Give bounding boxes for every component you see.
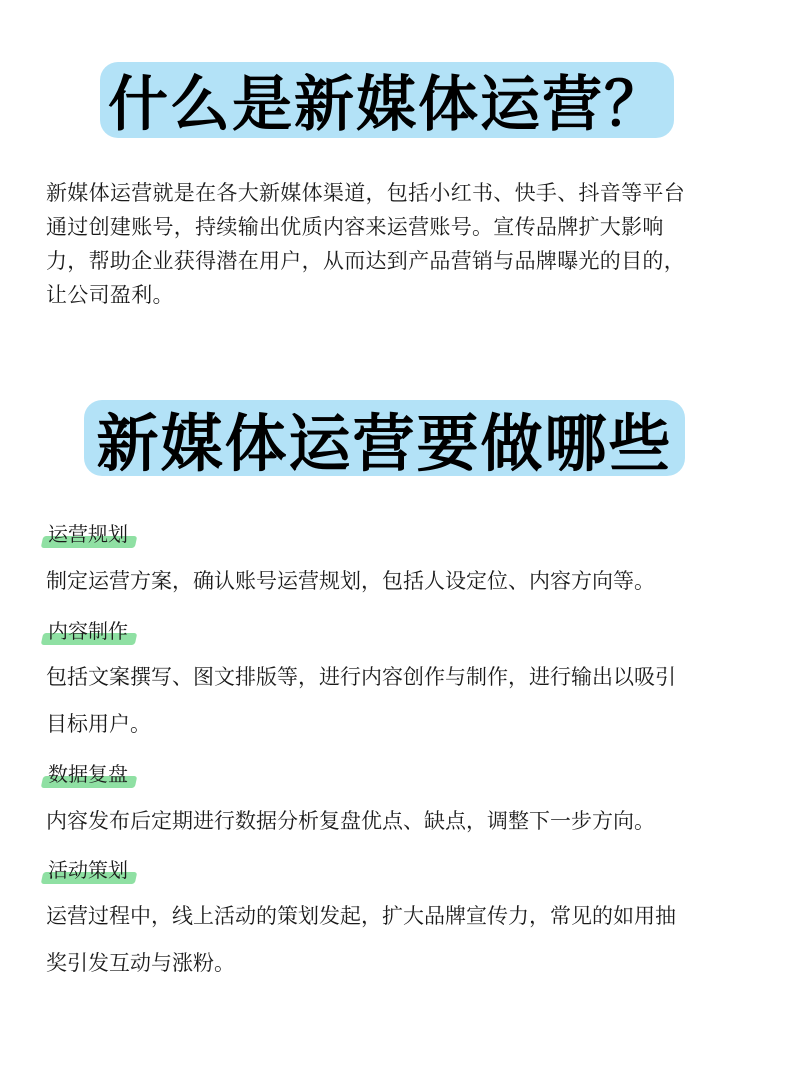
body-line: 目标用户。 bbox=[46, 701, 766, 748]
intro-line: 让公司盈利。 bbox=[46, 278, 766, 312]
heading-what-is-new-media-ops: 什么是新媒体运营？ bbox=[100, 62, 674, 138]
section-label-content: 内容制作 bbox=[46, 617, 130, 645]
heading-text: 新媒体运营要做哪些 bbox=[96, 394, 672, 483]
heading-what-to-do: 新媒体运营要做哪些 bbox=[84, 400, 685, 476]
body-line: 奖引发互动与涨粉。 bbox=[46, 940, 766, 987]
intro-paragraph: 新媒体运营就是在各大新媒体渠道，包括小红书、快手、抖音等平台 通过创建账号，持续… bbox=[46, 176, 766, 312]
body-line: 内容发布后定期进行数据分析复盘优点、缺点，调整下一步方向。 bbox=[46, 798, 766, 845]
heading-text: 什么是新媒体运营？ bbox=[108, 57, 666, 143]
body-line: 运营过程中，线上活动的策划发起，扩大品牌宣传力，常见的如用抽 bbox=[46, 893, 766, 940]
intro-line: 新媒体运营就是在各大新媒体渠道，包括小红书、快手、抖音等平台 bbox=[46, 176, 766, 210]
section-label-campaign: 活动策划 bbox=[46, 856, 130, 884]
section-body-content: 包括文案撰写、图文排版等，进行内容创作与制作，进行输出以吸引 目标用户。 bbox=[46, 654, 766, 748]
section-label-data-review: 数据复盘 bbox=[46, 760, 130, 788]
section-body-planning: 制定运营方案，确认账号运营规划，包括人设定位、内容方向等。 bbox=[46, 558, 766, 605]
section-body-data-review: 内容发布后定期进行数据分析复盘优点、缺点，调整下一步方向。 bbox=[46, 798, 766, 845]
body-line: 包括文案撰写、图文排版等，进行内容创作与制作，进行输出以吸引 bbox=[46, 654, 766, 701]
body-line: 制定运营方案，确认账号运营规划，包括人设定位、内容方向等。 bbox=[46, 558, 766, 605]
section-body-campaign: 运营过程中，线上活动的策划发起，扩大品牌宣传力，常见的如用抽 奖引发互动与涨粉。 bbox=[46, 893, 766, 987]
section-label-planning: 运营规划 bbox=[46, 520, 130, 548]
intro-line: 通过创建账号，持续输出优质内容来运营账号。宣传品牌扩大影响 bbox=[46, 210, 766, 244]
intro-line: 力，帮助企业获得潜在用户，从而达到产品营销与品牌曝光的目的， bbox=[46, 244, 766, 278]
